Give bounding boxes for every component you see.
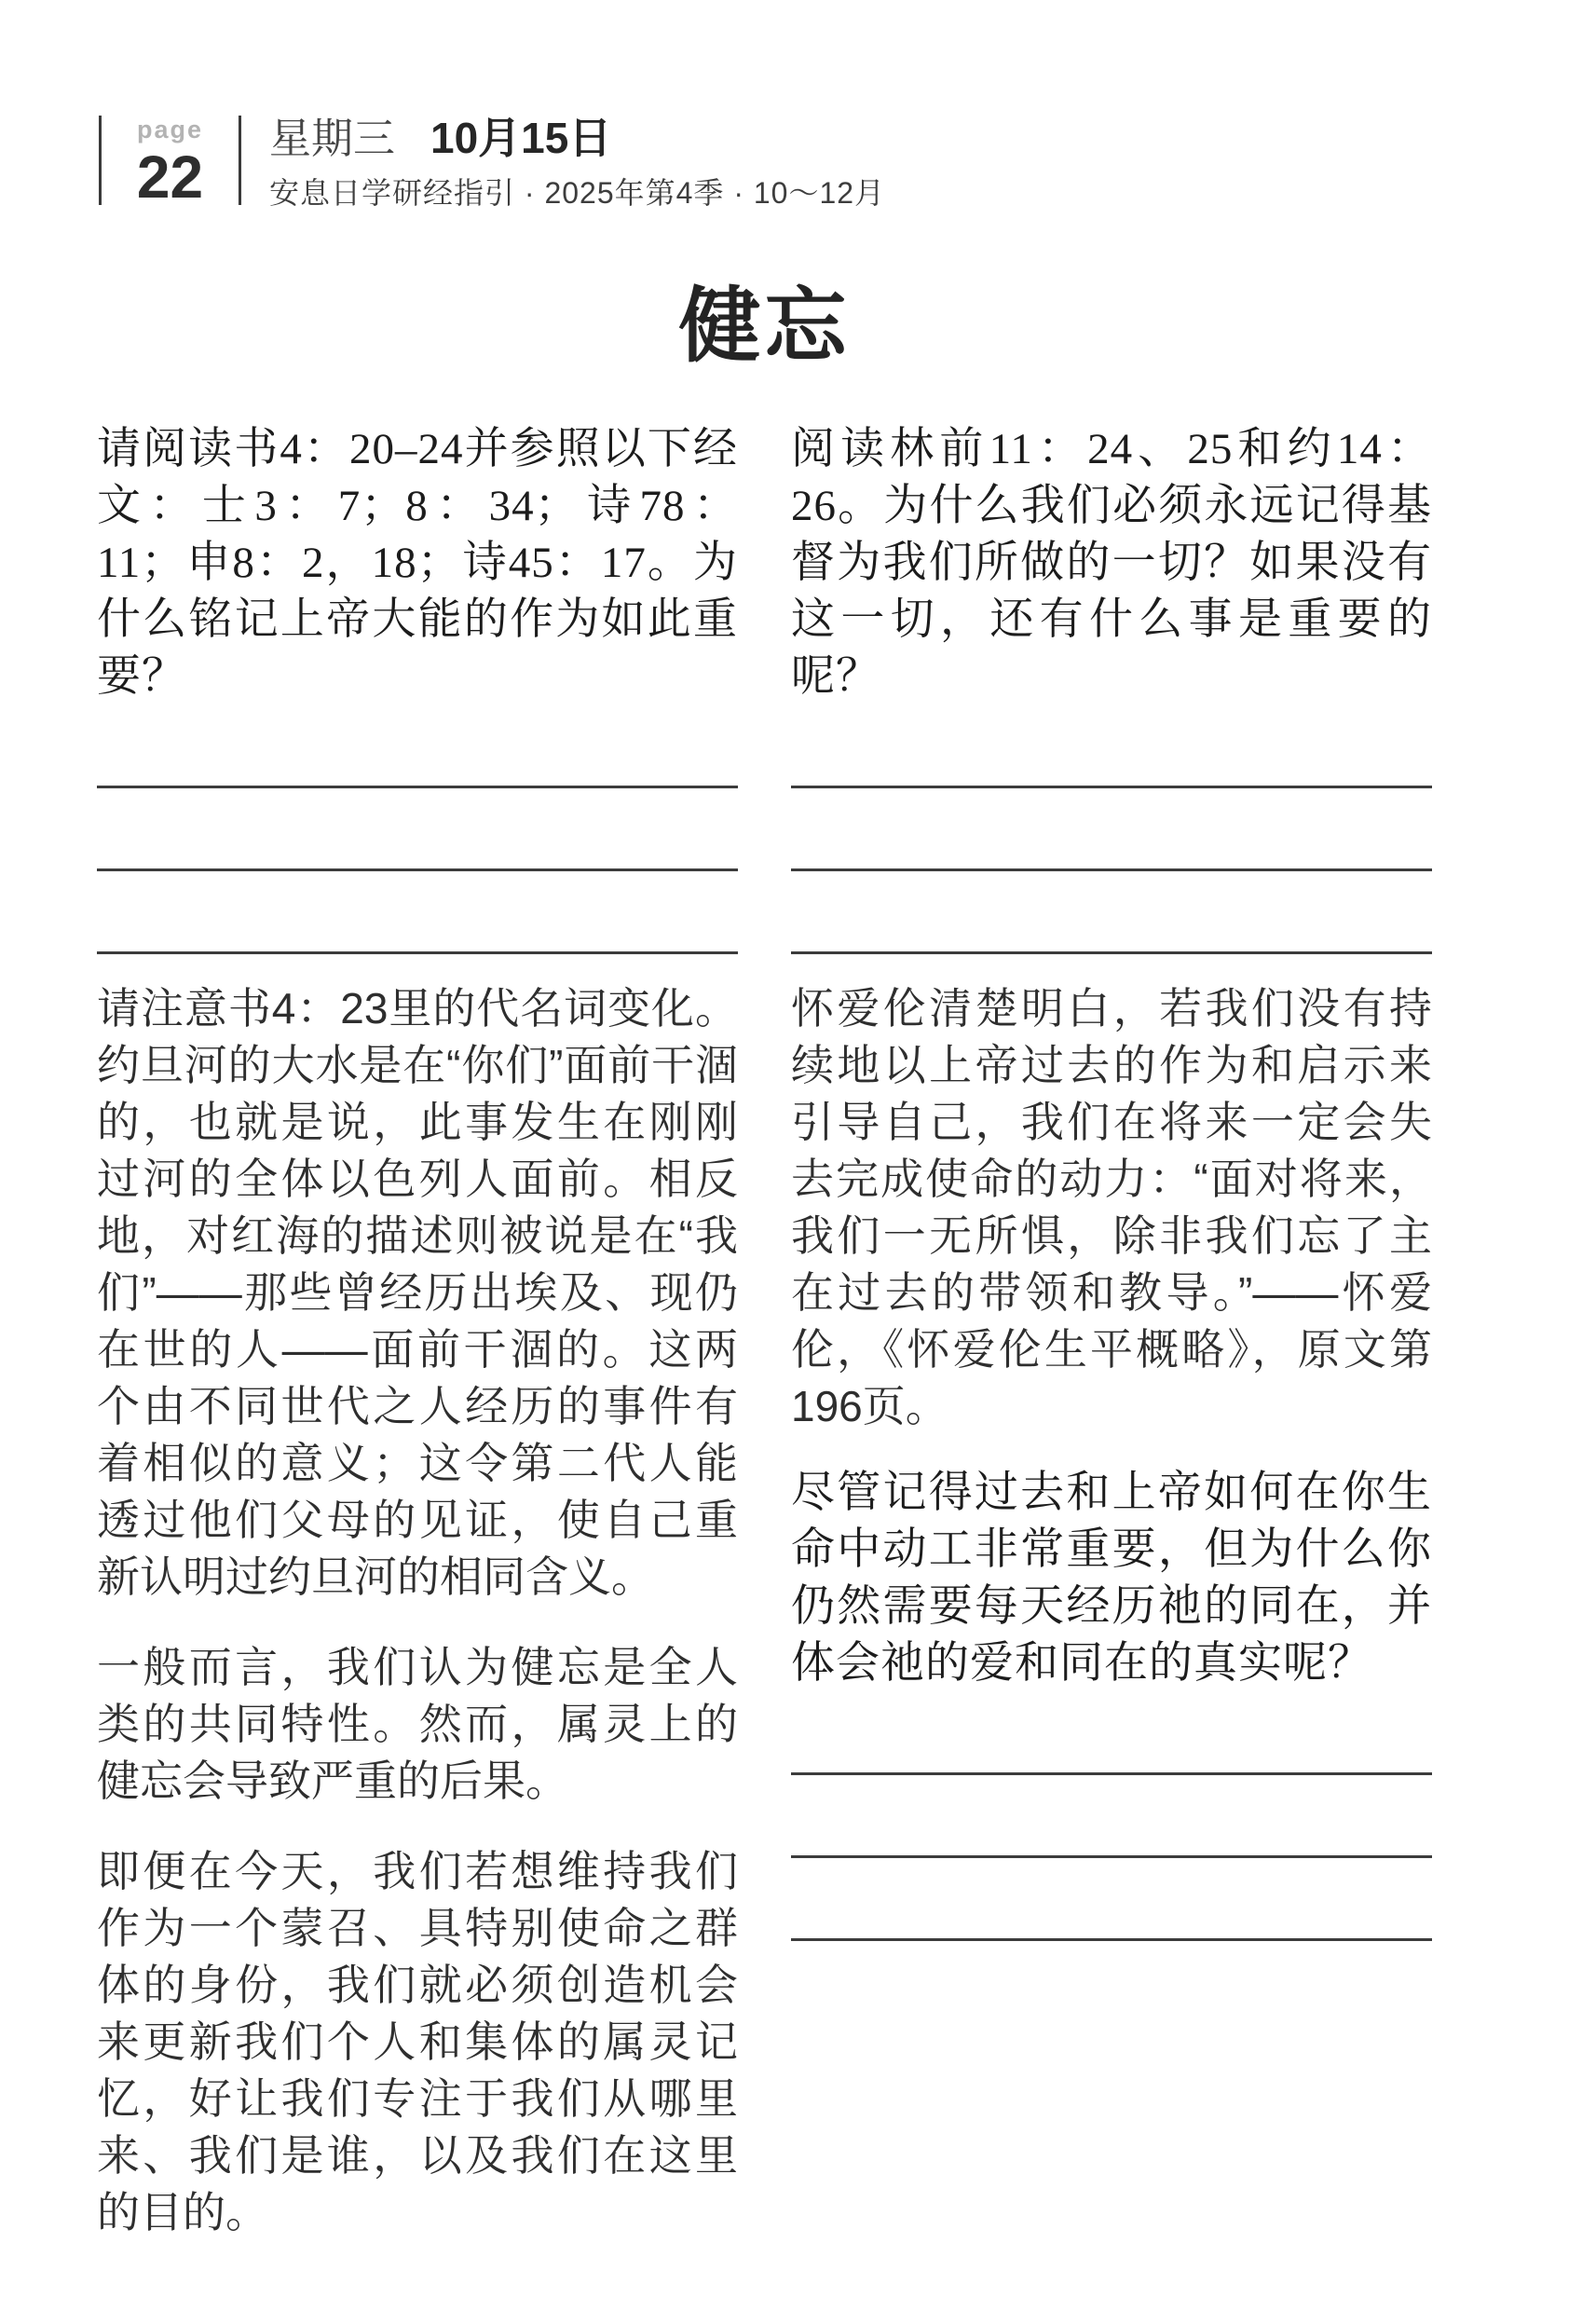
answer-line xyxy=(791,871,1432,954)
question-1: 请阅读书4：20–24并参照以下经文：士3：7；8：34；诗78：11；申8：2… xyxy=(97,421,738,705)
content-columns: 请阅读书4：20–24并参照以下经文：士3：7；8：34；诗78：11；申8：2… xyxy=(97,421,1432,2241)
answer-line xyxy=(97,705,738,788)
header-date-line: 星期三 10月15日 xyxy=(269,116,885,160)
body-paragraph: 即便在今天，我们若想维持我们作为一个蒙召、具特别使命之群体的身份，我们就必须创造… xyxy=(97,1843,738,2241)
page-label: page xyxy=(137,117,203,143)
answer-line xyxy=(791,788,1432,871)
answer-lines-group-1 xyxy=(97,705,738,954)
header-text-block: 星期三 10月15日 安息日学研经指引 · 2025年第4季 · 10～12月 xyxy=(241,116,885,205)
body-paragraph: 一般而言，我们认为健忘是全人类的共同特性。然而，属灵上的健忘会导致严重的后果。 xyxy=(97,1639,738,1810)
answer-line xyxy=(97,871,738,954)
answer-line xyxy=(97,788,738,871)
answer-lines-group-2 xyxy=(791,705,1432,954)
answer-line xyxy=(791,1775,1432,1858)
date-label: 10月15日 xyxy=(430,116,611,160)
lesson-title: 健忘 xyxy=(97,287,1432,369)
answer-line xyxy=(791,1858,1432,1941)
page-number-block: page 22 xyxy=(102,116,239,205)
body-paragraph: 请注意书4：23里的代名词变化。约旦河的大水是在“你们”面前干涸的，也就是说，此… xyxy=(97,980,738,1606)
right-column: 阅读林前11：24、25和约14：26。为什么我们必须永远记得基督为我们所做的一… xyxy=(791,421,1432,2241)
publication-label: 安息日学研经指引 · 2025年第4季 · 10～12月 xyxy=(269,170,885,212)
answer-line xyxy=(791,705,1432,788)
quote-paragraph: 怀爱伦清楚明白，若我们没有持续地以上帝过去的作为和启示来引导自己，我们在将来一定… xyxy=(791,980,1432,1435)
question-2: 阅读林前11：24、25和约14：26。为什么我们必须永远记得基督为我们所做的一… xyxy=(791,421,1432,705)
page-number: 22 xyxy=(137,147,203,207)
page-header: page 22 星期三 10月15日 安息日学研经指引 · 2025年第4季 ·… xyxy=(99,116,885,205)
question-3: 尽管记得过去和上帝如何在你生命中动工非常重要，但为什么你仍然需要每天经历祂的同在… xyxy=(791,1465,1432,1692)
left-column: 请阅读书4：20–24并参照以下经文：士3：7；8：34；诗78：11；申8：2… xyxy=(97,421,738,2241)
weekday-label: 星期三 xyxy=(269,116,395,160)
answer-lines-group-3 xyxy=(791,1692,1432,1941)
document-page: page 22 星期三 10月15日 安息日学研经指引 · 2025年第4季 ·… xyxy=(0,0,1596,2311)
answer-line xyxy=(791,1692,1432,1775)
